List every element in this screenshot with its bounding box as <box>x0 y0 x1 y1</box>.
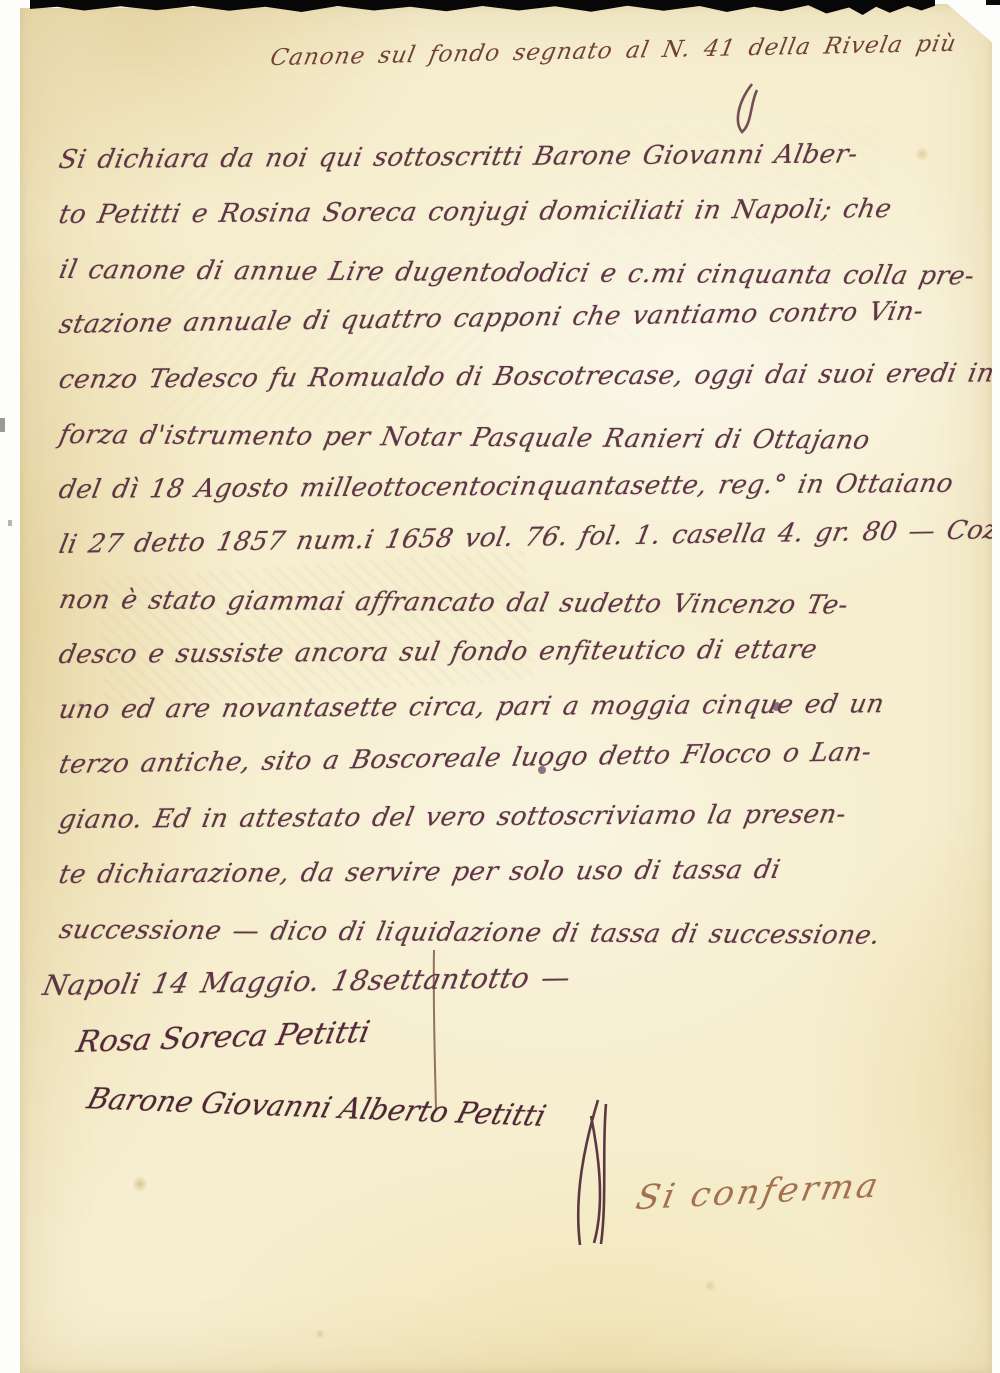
signature-barone-giovanni-alberto-petitti: Barone Giovanni Alberto Petitti <box>86 1090 547 1124</box>
header-note: Canone sul fondo segnato al N. 41 della … <box>272 38 955 64</box>
manuscript-line: to Petitti e Rosina Soreca conjugi domic… <box>54 188 972 243</box>
scan-corner-speck <box>986 0 1000 5</box>
manuscript-line: Si dichiara da noi qui sottoscritti Baro… <box>54 133 972 188</box>
header-flourish-icon <box>738 84 757 132</box>
scan-edge-speck <box>8 520 12 526</box>
manuscript-line: stazione annuale di quattro capponi che … <box>54 298 972 353</box>
scan-edge-speck <box>0 418 5 432</box>
scanned-document: Canone sul fondo segnato al N. 41 della … <box>0 0 1000 1373</box>
signature-flourish-icon <box>578 1100 606 1245</box>
header-note-text: Canone sul fondo segnato al N. 41 della … <box>268 31 959 71</box>
manuscript-line: desco e sussiste ancora sul fondo enfite… <box>54 628 972 683</box>
manuscript-line: cenzo Tedesco fu Romualdo di Boscotrecas… <box>54 353 972 408</box>
manuscript-line: giano. Ed in attestato del vero sottoscr… <box>54 793 972 848</box>
manuscript-line: li 27 detto 1857 num.i 1658 vol. 76. fol… <box>54 518 972 573</box>
signature-rosa-soreca-petitti: Rosa Soreca Petitti <box>78 1020 368 1055</box>
manuscript-line: non è stato giammai affrancato dal sudet… <box>54 573 972 628</box>
manuscript-dateline: Napoli 14 Maggio. 18settantotto — <box>38 958 972 1013</box>
paper-sheet: Canone sul fondo segnato al N. 41 della … <box>20 4 992 1373</box>
manuscript-line: forza d'istrumento per Notar Pasquale Ra… <box>54 408 972 463</box>
manuscript-line: terzo antiche, sito a Boscoreale luogo d… <box>54 738 972 793</box>
manuscript-body: Si dichiara da noi qui sottoscritti Baro… <box>54 133 972 1013</box>
manuscript-line: te dichiarazione, da servire per solo us… <box>54 848 972 903</box>
confirmation-annotation: Si conferma <box>638 1172 879 1212</box>
